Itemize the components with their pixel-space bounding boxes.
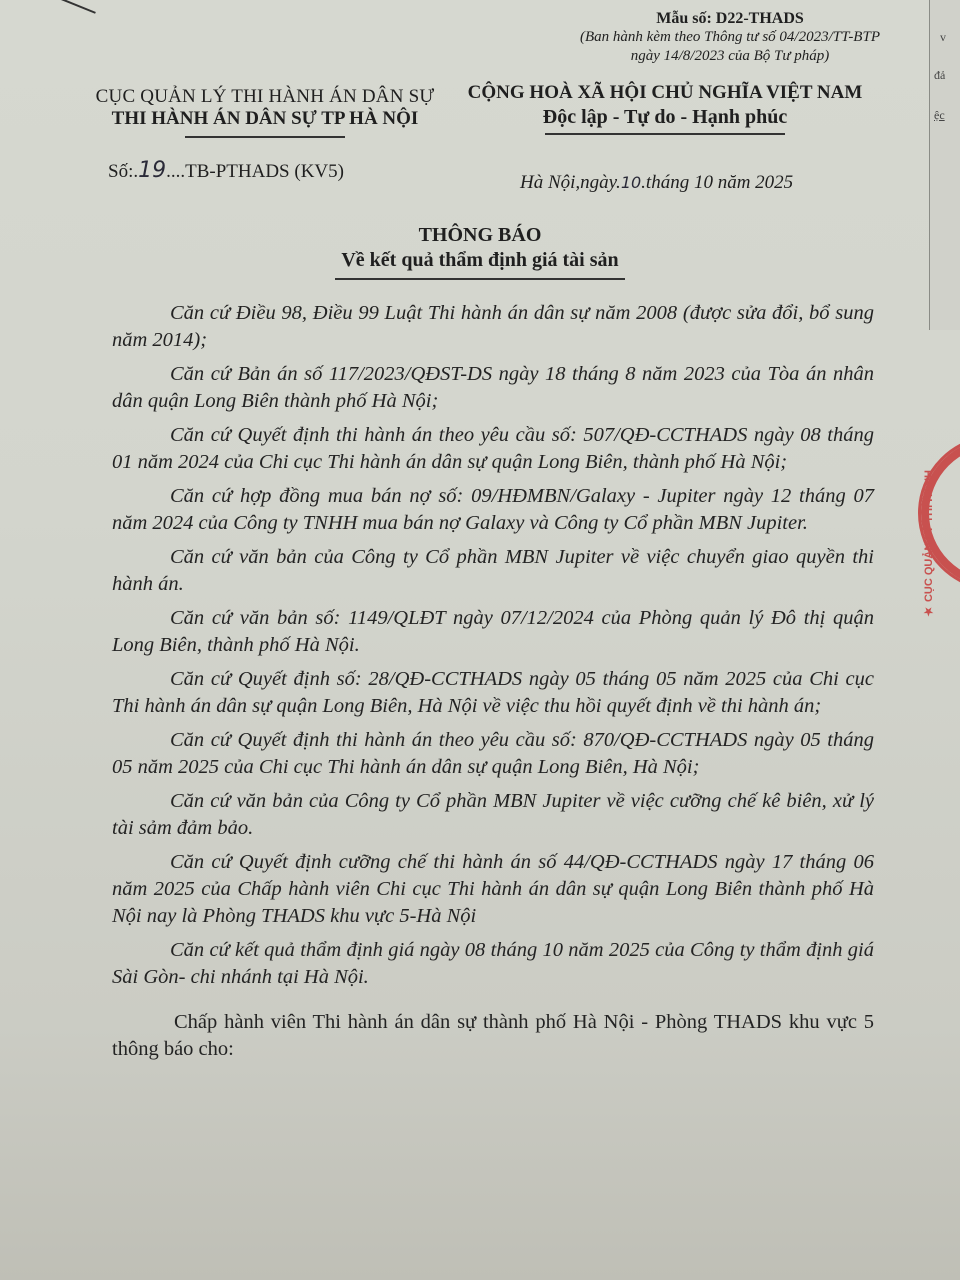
legal-basis-paragraph: Căn cứ Điều 98, Điều 99 Luật Thi hành án… [112, 300, 874, 354]
legal-basis-paragraph: Căn cứ kết quả thẩm định giá ngày 08 thá… [112, 937, 874, 991]
edge-fragment: đả [934, 68, 945, 83]
nation-name: CỘNG HOÀ XÃ HỘI CHỦ NGHĨA VIỆT NAM [455, 82, 875, 104]
handwritten-number: 19 [138, 158, 166, 183]
agency-unit: THI HÀNH ÁN DÂN SỰ TP HÀ NỘI [70, 108, 460, 130]
legal-basis-paragraph: Căn cứ hợp đồng mua bán nợ số: 09/HĐMBN/… [112, 483, 874, 537]
legal-basis-paragraph: Căn cứ Bản án số 117/2023/QĐST-DS ngày 1… [112, 361, 874, 415]
edge-fragment: v [940, 30, 946, 45]
legal-basis-paragraph: Căn cứ Quyết định cưỡng chế thi hành án … [112, 849, 874, 930]
document-title: THÔNG BÁO [270, 224, 690, 247]
divider [545, 133, 785, 135]
nation-motto: Độc lập - Tự do - Hạnh phúc [455, 106, 875, 129]
stamp-text: ★ CỤC QUẢN LÝ THI HÀNH [922, 470, 935, 618]
stray-pen-mark [56, 0, 96, 14]
document-number-prefix: Số:. [108, 161, 138, 182]
legal-basis-paragraph: Căn cứ Quyết định số: 28/QĐ-CCTHADS ngày… [112, 666, 874, 720]
document-title-block: THÔNG BÁO Về kết quả thẩm định giá tài s… [270, 224, 690, 280]
handwritten-day: 10 [621, 173, 641, 192]
legal-basis-paragraph: Căn cứ Quyết định thi hành án theo yêu c… [112, 422, 874, 476]
agency-parent: CỤC QUẢN LÝ THI HÀNH ÁN DÂN SỰ [70, 86, 460, 108]
divider [335, 278, 625, 280]
legal-basis-paragraph: Căn cứ Quyết định thi hành án theo yêu c… [112, 727, 874, 781]
document-number-suffix: ....TB-PTHADS (KV5) [166, 161, 344, 182]
form-code-block: Mẫu số: D22-THADS (Ban hành kèm theo Thô… [520, 10, 940, 66]
divider [185, 136, 345, 138]
issued-by-line-1: (Ban hành kèm theo Thông tư số 04/2023/T… [520, 28, 940, 47]
legal-basis-paragraph: Căn cứ văn bản của Công ty Cổ phần MBN J… [112, 544, 874, 598]
document-number: Số:.19....TB-PTHADS (KV5) [108, 158, 344, 183]
place-date-prefix: Hà Nội,ngày. [520, 172, 621, 193]
issued-by-line-2: ngày 14/8/2023 của Bộ Tư pháp) [520, 47, 940, 66]
place-and-date: Hà Nội,ngày.10.tháng 10 năm 2025 [520, 172, 793, 194]
closing-statement: Chấp hành viên Thi hành án dân sự thành … [112, 1009, 874, 1063]
place-date-suffix: .tháng 10 năm 2025 [641, 172, 793, 193]
legal-basis-paragraph: Căn cứ văn bản của Công ty Cổ phần MBN J… [112, 788, 874, 842]
document-subtitle: Về kết quả thẩm định giá tài sản [270, 249, 690, 272]
legal-basis-paragraph: Căn cứ văn bản số: 1149/QLĐT ngày 07/12/… [112, 605, 874, 659]
edge-fragment: ệc [934, 108, 945, 123]
document-body: Căn cứ Điều 98, Điều 99 Luật Thi hành án… [112, 300, 874, 1063]
issuing-agency: CỤC QUẢN LÝ THI HÀNH ÁN DÂN SỰ THI HÀNH … [70, 86, 460, 138]
form-code: Mẫu số: D22-THADS [520, 10, 940, 28]
national-header: CỘNG HOÀ XÃ HỘI CHỦ NGHĨA VIỆT NAM Độc l… [455, 82, 875, 135]
